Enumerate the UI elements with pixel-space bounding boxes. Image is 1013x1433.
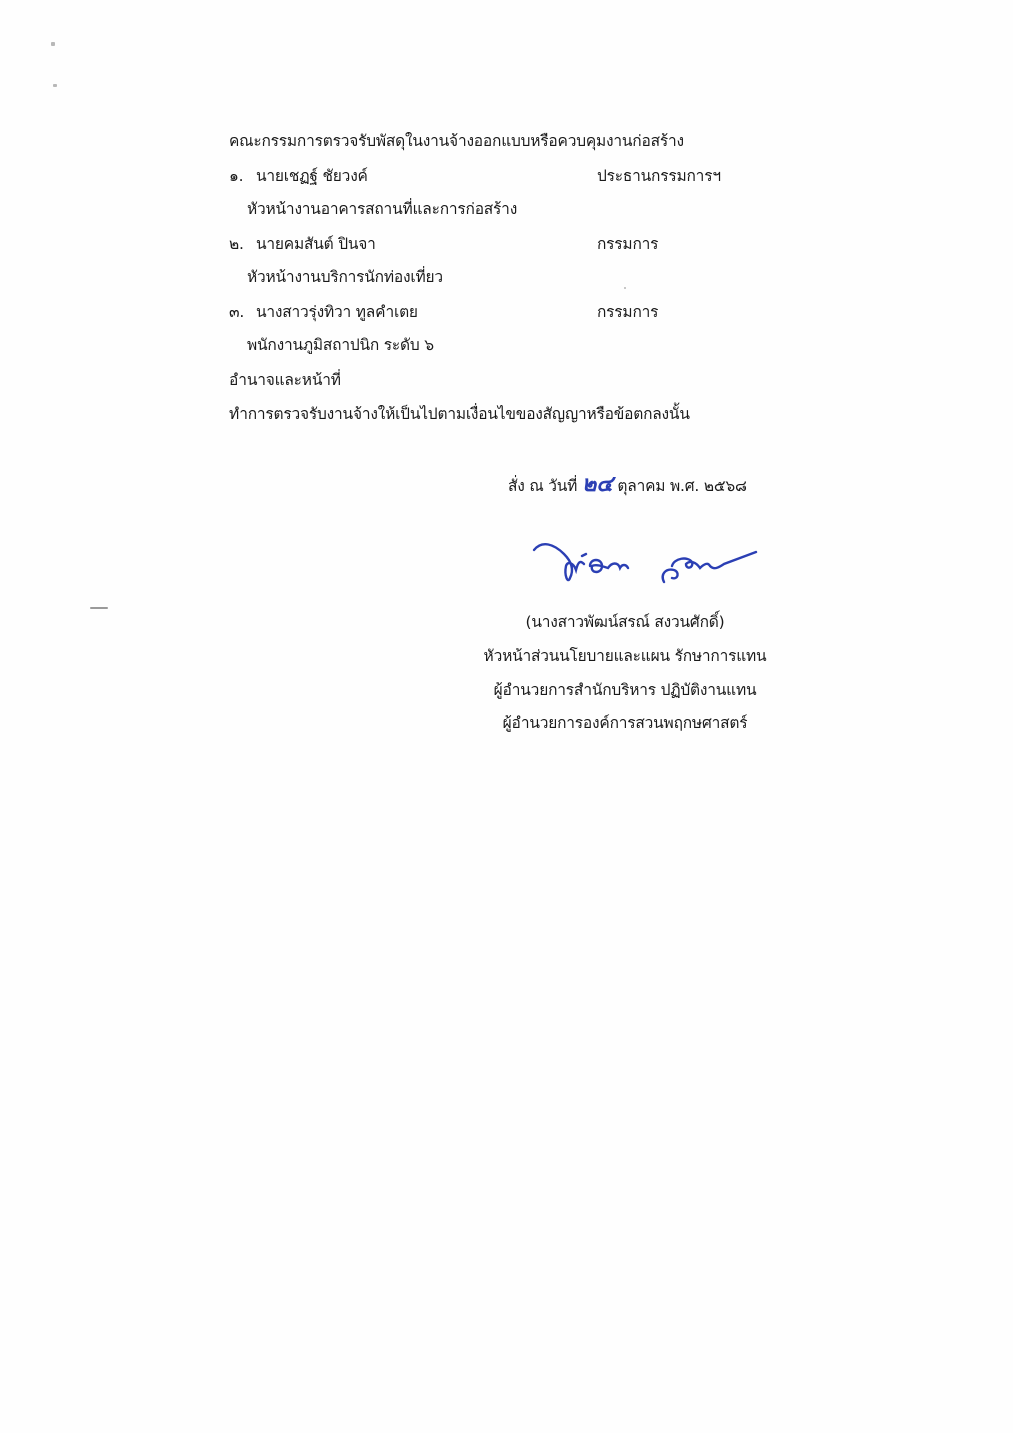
- order-date-prefix: สั่ง ณ วันที่: [508, 477, 577, 495]
- member-1-number: ๑.: [229, 166, 243, 186]
- member-3-number: ๓.: [229, 302, 244, 322]
- member-3-name: นางสาวรุ่งทิวา ทูลคำเตย: [256, 302, 418, 322]
- order-date-month-year: ตุลาคม พ.ศ. ๒๕๖๘: [617, 477, 746, 495]
- committee-heading: คณะกรรมการตรวจรับพัสดุในงานจ้างออกแบบหรื…: [229, 131, 684, 151]
- handwritten-signature-icon: [524, 536, 764, 586]
- scan-speck: [53, 84, 57, 87]
- signatory-title-line-2: ผู้อำนวยการสำนักบริหาร ปฏิบัติงานแทน: [460, 680, 790, 700]
- member-3-position: พนักงานภูมิสถาปนิก ระดับ ๖: [247, 335, 434, 355]
- member-1-name: นายเชฏฐ์ ชัยวงค์: [256, 166, 368, 186]
- member-2-position: หัวหน้างานบริการนักท่องเที่ยว: [247, 267, 443, 287]
- member-1-role: ประธานกรรมการฯ: [597, 166, 721, 186]
- scan-speck: [51, 42, 55, 46]
- member-2-name: นายคมสันต์ ปินจา: [256, 234, 376, 254]
- scan-speck: [90, 607, 108, 609]
- document-page: คณะกรรมการตรวจรับพัสดุในงานจ้างออกแบบหรื…: [0, 0, 1013, 1433]
- member-1-position: หัวหน้างานอาคารสถานที่และการก่อสร้าง: [247, 199, 517, 219]
- duties-heading: อำนาจและหน้าที่: [229, 370, 341, 390]
- scan-speck: [624, 287, 626, 289]
- signatory-title-line-3: ผู้อำนวยการองค์การสวนพฤกษศาสตร์: [460, 713, 790, 733]
- order-date: สั่ง ณ วันที่ ๒๔ ตุลาคม พ.ศ. ๒๕๖๘: [508, 474, 747, 496]
- duties-text: ทำการตรวจรับงานจ้างให้เป็นไปตามเงื่อนไขข…: [229, 404, 690, 424]
- signatory-title-line-1: หัวหน้าส่วนนโยบายและแผน รักษาการแทน: [460, 646, 790, 666]
- member-2-number: ๒.: [229, 234, 244, 254]
- order-date-day: ๒๔: [582, 471, 613, 497]
- member-2-role: กรรมการ: [597, 234, 658, 254]
- member-3-role: กรรมการ: [597, 302, 658, 322]
- signatory-name: (นางสาวพัฒน์สรณ์ สงวนศักดิ์): [460, 612, 790, 632]
